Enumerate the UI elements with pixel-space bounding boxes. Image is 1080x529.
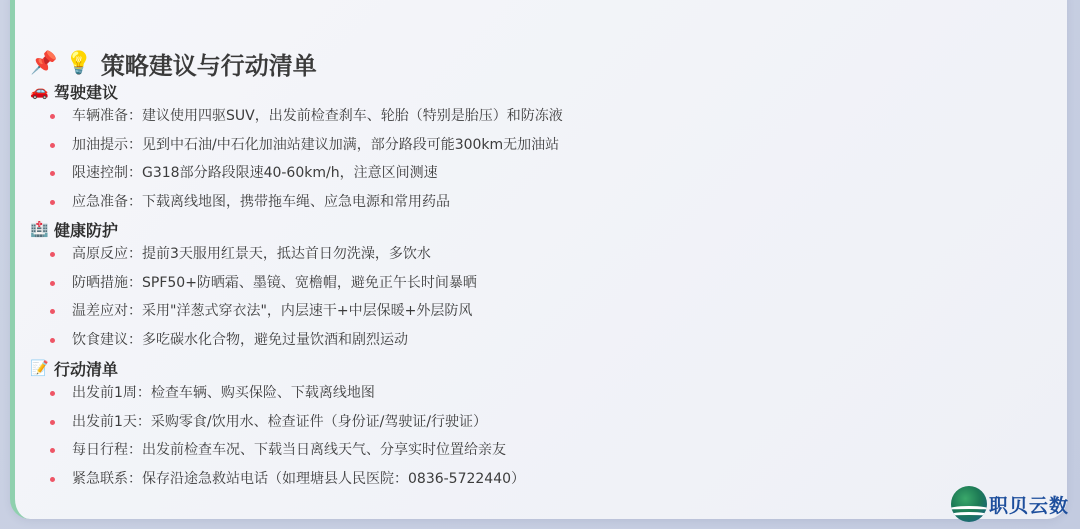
list-item: 防晒措施：SPF50+防晒霜、墨镜、宽檐帽，避免正午长时间暴晒	[30, 269, 477, 298]
item-list: 高原反应：提前3天服用红景天，抵达首日勿洗澡，多饮水 防晒措施：SPF50+防晒…	[30, 240, 477, 354]
memo-icon: 📝	[30, 359, 48, 377]
bullet-icon	[50, 143, 55, 148]
wave-globe-icon	[951, 486, 987, 522]
bullet-icon	[50, 420, 55, 425]
list-item: 车辆准备：建议使用四驱SUV，出发前检查刹车、轮胎（特别是胎压）和防冻液	[30, 102, 563, 131]
section-heading-text: 行动清单	[54, 357, 118, 380]
section-health: 🏥 健康防护 高原反应：提前3天服用红景天，抵达首日勿洗澡，多饮水 防晒措施：S…	[30, 218, 477, 354]
section-action-list: 📝 行动清单 出发前1周：检查车辆、购买保险、下载离线地图 出发前1天：采购零食…	[30, 357, 525, 493]
bullet-icon	[50, 252, 55, 257]
pushpin-icon: 📌	[30, 51, 57, 76]
lightbulb-icon: 💡	[65, 51, 92, 76]
car-icon: 🚗	[30, 82, 48, 100]
bullet-icon	[50, 391, 55, 396]
watermark-logo: 职贝云数	[951, 486, 1069, 522]
bullet-icon	[50, 171, 55, 176]
list-item: 紧急联系：保存沿途急救站电话（如理塘县人民医院：0836-5722440）	[30, 465, 525, 494]
bullet-icon	[50, 338, 55, 343]
section-heading: 🚗 驾驶建议	[30, 80, 563, 102]
page-title: 📌 💡 策略建议与行动清单	[30, 46, 317, 81]
list-item: 温差应对：采用"洋葱式穿衣法"，内层速干+中层保暖+外层防风	[30, 297, 477, 326]
list-item: 饮食建议：多吃碳水化合物，避免过量饮酒和剧烈运动	[30, 326, 477, 355]
bullet-icon	[50, 281, 55, 286]
list-item: 高原反应：提前3天服用红景天，抵达首日勿洗澡，多饮水	[30, 240, 477, 269]
list-item: 限速控制：G318部分路段限速40-60km/h，注意区间测速	[30, 159, 563, 188]
section-heading-text: 健康防护	[54, 218, 118, 241]
list-item: 应急准备：下载离线地图，携带拖车绳、应急电源和常用药品	[30, 188, 563, 217]
item-list: 车辆准备：建议使用四驱SUV，出发前检查刹车、轮胎（特别是胎压）和防冻液 加油提…	[30, 102, 563, 216]
page-title-text: 策略建议与行动清单	[101, 46, 317, 81]
list-item: 加油提示：见到中石油/中石化加油站建议加满，部分路段可能300km无加油站	[30, 131, 563, 160]
item-list: 出发前1周：检查车辆、购买保险、下载离线地图 出发前1天：采购零食/饮用水、检查…	[30, 379, 525, 493]
bullet-icon	[50, 114, 55, 119]
section-heading: 📝 行动清单	[30, 357, 525, 379]
list-item: 出发前1周：检查车辆、购买保险、下载离线地图	[30, 379, 525, 408]
bullet-icon	[50, 309, 55, 314]
bullet-icon	[50, 477, 55, 482]
list-item: 出发前1天：采购零食/饮用水、检查证件（身份证/驾驶证/行驶证）	[30, 408, 525, 437]
section-heading: 🏥 健康防护	[30, 218, 477, 240]
list-item: 每日行程：出发前检查车况、下载当日离线天气、分享实时位置给亲友	[30, 436, 525, 465]
hospital-icon: 🏥	[30, 220, 48, 238]
section-heading-text: 驾驶建议	[54, 80, 118, 103]
watermark-text: 职贝云数	[989, 491, 1069, 518]
bullet-icon	[50, 448, 55, 453]
bullet-icon	[50, 200, 55, 205]
section-driving: 🚗 驾驶建议 车辆准备：建议使用四驱SUV，出发前检查刹车、轮胎（特别是胎压）和…	[30, 80, 563, 216]
